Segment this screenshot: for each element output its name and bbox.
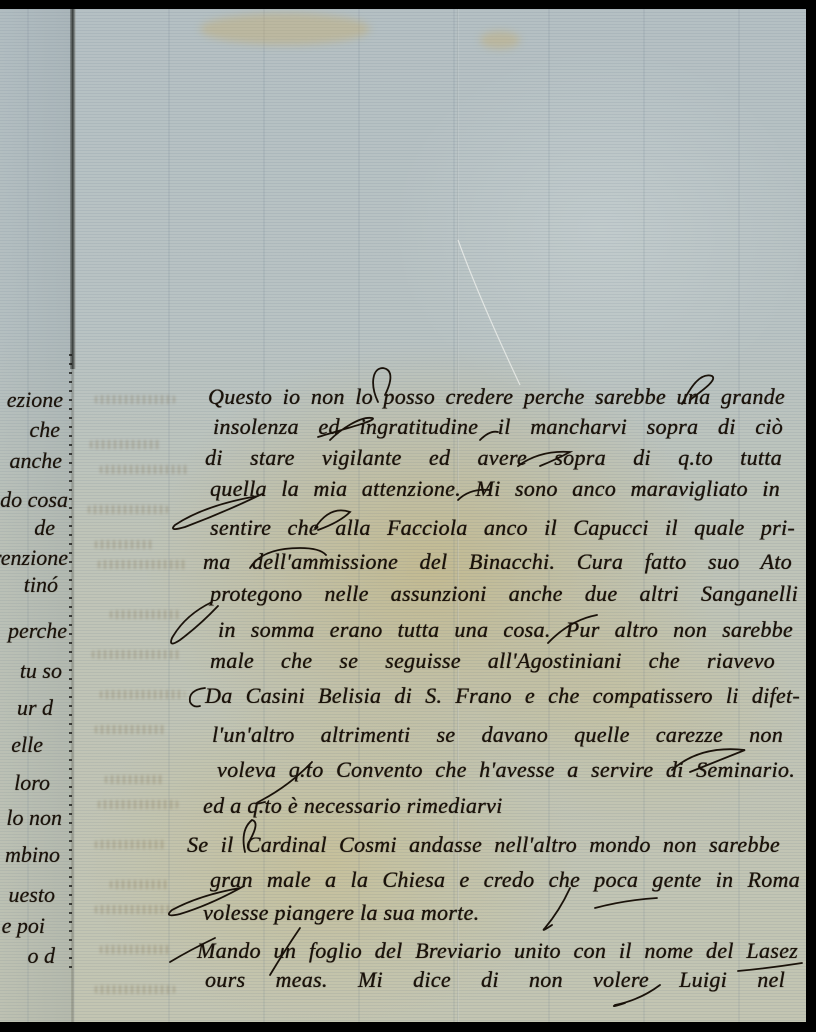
- pen-flourishes: [0, 0, 816, 1032]
